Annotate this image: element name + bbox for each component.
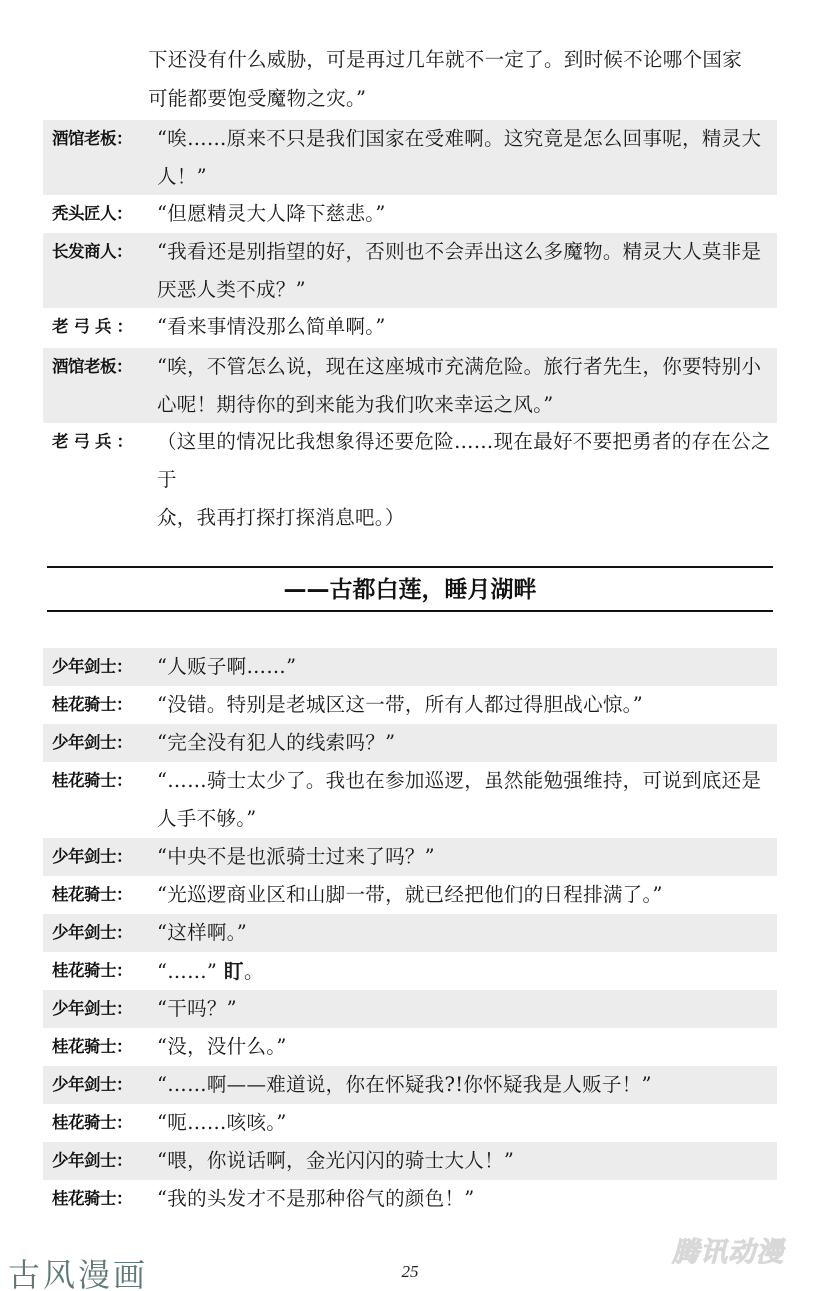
dialogue-text: “……啊——难道说，你在怀疑我?!你怀疑我是人贩子！”	[157, 1066, 777, 1104]
dialogue-row: 桂花骑士： “我的头发才不是那种俗气的颜色！”	[43, 1180, 777, 1218]
dialogue-text: （这里的情况比我想象得还要危险……现在最好不要把勇者的存在公之于 众，我再打探打…	[157, 423, 777, 537]
emphasis-text: 盯	[224, 959, 244, 983]
speaker-name: 桂花骑士：	[43, 876, 157, 914]
dialogue-text: “看来事情没那么简单啊。”	[157, 308, 777, 346]
dialogue-line: “……”	[157, 960, 217, 983]
dialogue-line: “唉……原来不只是我们国家在受难啊。这究竟是怎么回事呢，精灵大	[157, 120, 773, 158]
dialogue-line: 人！”	[157, 158, 773, 196]
dialogue-line: 众，我再打探打探消息吧。）	[157, 499, 773, 537]
dialogue-line: “我看还是别指望的好，否则也不会弄出这么多魔物。精灵大人莫非是	[157, 233, 773, 271]
dialogue-row: 少年剑士： “人贩子啊……”	[43, 648, 777, 686]
dialogue-text: “这样啊。”	[157, 914, 777, 952]
dialogue-text: “完全没有犯人的线索吗？”	[157, 724, 777, 762]
dialogue-text: “唉……原来不只是我们国家在受难啊。这究竟是怎么回事呢，精灵大 人！”	[157, 120, 777, 196]
speaker-name: 老弓兵：	[43, 423, 157, 461]
dialogue-line: （这里的情况比我想象得还要危险……现在最好不要把勇者的存在公之于	[157, 423, 773, 499]
speaker-name: 少年剑士：	[43, 648, 157, 686]
speaker-name: 少年剑士：	[43, 1066, 157, 1104]
dialogue-row: 少年剑士： “完全没有犯人的线索吗？”	[43, 724, 777, 762]
speaker-name: 桂花骑士：	[43, 1104, 157, 1142]
dialogue-text: “干吗？”	[157, 990, 777, 1028]
dialogue-row: 桂花骑士： “没错。特别是老城区这一带，所有人都过得胆战心惊。”	[43, 686, 777, 724]
continuation-line: 可能都要饱受魔物之灾。”	[148, 80, 778, 118]
dialogue-row: 少年剑士： “这样啊。”	[43, 914, 777, 952]
speaker-name: 少年剑士：	[43, 914, 157, 952]
speaker-name: 少年剑士：	[43, 990, 157, 1028]
dialogue-line: “……骑士太少了。我也在参加巡逻，虽然能勉强维持，可说到底还是	[157, 762, 773, 800]
novel-page: 下还没有什么威胁，可是再过几年就不一定了。到时候不论哪个国家 可能都要饱受魔物之…	[0, 0, 820, 1291]
watermark-logo-right: 腾讯动漫	[672, 1237, 802, 1269]
dialogue-text: “喂，你说话啊，金光闪闪的骑士大人！”	[157, 1142, 777, 1180]
speaker-name: 桂花骑士：	[43, 686, 157, 724]
dialogue-text: “中央不是也派骑士过来了吗？”	[157, 838, 777, 876]
dialogue-row: 少年剑士： “干吗？”	[43, 990, 777, 1028]
dialogue-text: “没错。特别是老城区这一带，所有人都过得胆战心惊。”	[157, 686, 777, 724]
dialogue-row: 桂花骑士： “……骑士太少了。我也在参加巡逻，虽然能勉强维持，可说到底还是 人手…	[43, 762, 777, 838]
dialogue-row: 酒馆老板： “唉……原来不只是我们国家在受难啊。这究竟是怎么回事呢，精灵大 人！…	[43, 120, 777, 195]
speaker-name: 桂花骑士：	[43, 1180, 157, 1218]
dialogue-text: “我看还是别指望的好，否则也不会弄出这么多魔物。精灵大人莫非是 厌恶人类不成？”	[157, 233, 777, 309]
dialogue-row: 老弓兵： “看来事情没那么简单啊。”	[43, 308, 777, 348]
dialogue-row: 桂花骑士： “呃……咳咳。”	[43, 1104, 777, 1142]
dialogue-row: 桂花骑士： “……” 盯。	[43, 952, 777, 990]
continuation-line: 下还没有什么威胁，可是再过几年就不一定了。到时候不论哪个国家	[148, 41, 778, 79]
dialogue-row: 秃头匠人： “但愿精灵大人降下慈悲。”	[43, 195, 777, 233]
dialogue-line: “唉，不管怎么说，现在这座城市充满危险。旅行者先生，你要特别小	[157, 348, 773, 386]
speaker-name: 长发商人：	[43, 233, 157, 271]
speaker-name: 秃头匠人：	[43, 195, 157, 233]
speaker-name: 少年剑士：	[43, 838, 157, 876]
speaker-name: 桂花骑士：	[43, 952, 157, 990]
dialogue-row: 长发商人： “我看还是别指望的好，否则也不会弄出这么多魔物。精灵大人莫非是 厌恶…	[43, 233, 777, 308]
dialogue-text: “唉，不管怎么说，现在这座城市充满危险。旅行者先生，你要特别小 心呢！期待你的到…	[157, 348, 777, 424]
dialogue-text: “没，没什么。”	[157, 1028, 777, 1066]
speaker-name: 老弓兵：	[43, 308, 157, 346]
dialogue-text: “呃……咳咳。”	[157, 1104, 777, 1142]
dialogue-row: 桂花骑士： “光巡逻商业区和山脚一带，就已经把他们的日程排满了。”	[43, 876, 777, 914]
dialogue-row: 酒馆老板： “唉，不管怎么说，现在这座城市充满危险。旅行者先生，你要特别小 心呢…	[43, 348, 777, 423]
speaker-name: 少年剑士：	[43, 1142, 157, 1180]
dialogue-text: “我的头发才不是那种俗气的颜色！”	[157, 1180, 777, 1218]
dialogue-line: 人手不够。”	[157, 800, 773, 838]
dialogue-row: 桂花骑士： “没，没什么。”	[43, 1028, 777, 1066]
dialogue-text: “人贩子啊……”	[157, 648, 777, 686]
dialogue-text: “但愿精灵大人降下慈悲。”	[157, 195, 777, 233]
dialogue-row: 少年剑士： “中央不是也派骑士过来了吗？”	[43, 838, 777, 876]
dialogue-line: 心呢！期待你的到来能为我们吹来幸运之风。”	[157, 386, 773, 424]
dialogue-text: “……” 盯。	[157, 952, 777, 991]
speaker-name: 桂花骑士：	[43, 762, 157, 800]
speaker-name: 少年剑士：	[43, 724, 157, 762]
dialogue-line: 厌恶人类不成？”	[157, 271, 773, 309]
speaker-name: 酒馆老板：	[43, 120, 157, 158]
dialogue-text: “光巡逻商业区和山脚一带，就已经把他们的日程排满了。”	[157, 876, 777, 914]
punctuation: 。	[244, 960, 264, 983]
section-rule-bottom	[47, 610, 773, 612]
section-title: ——古都白莲，睡月湖畔	[47, 570, 773, 610]
section-rule-top	[47, 566, 773, 568]
dialogue-row: 老弓兵： （这里的情况比我想象得还要危险……现在最好不要把勇者的存在公之于 众，…	[43, 423, 777, 499]
speaker-name: 酒馆老板：	[43, 348, 157, 386]
speaker-name: 桂花骑士：	[43, 1028, 157, 1066]
dialogue-text: “……骑士太少了。我也在参加巡逻，虽然能勉强维持，可说到底还是 人手不够。”	[157, 762, 777, 838]
dialogue-row: 少年剑士： “喂，你说话啊，金光闪闪的骑士大人！”	[43, 1142, 777, 1180]
dialogue-row: 少年剑士： “……啊——难道说，你在怀疑我?!你怀疑我是人贩子！”	[43, 1066, 777, 1104]
